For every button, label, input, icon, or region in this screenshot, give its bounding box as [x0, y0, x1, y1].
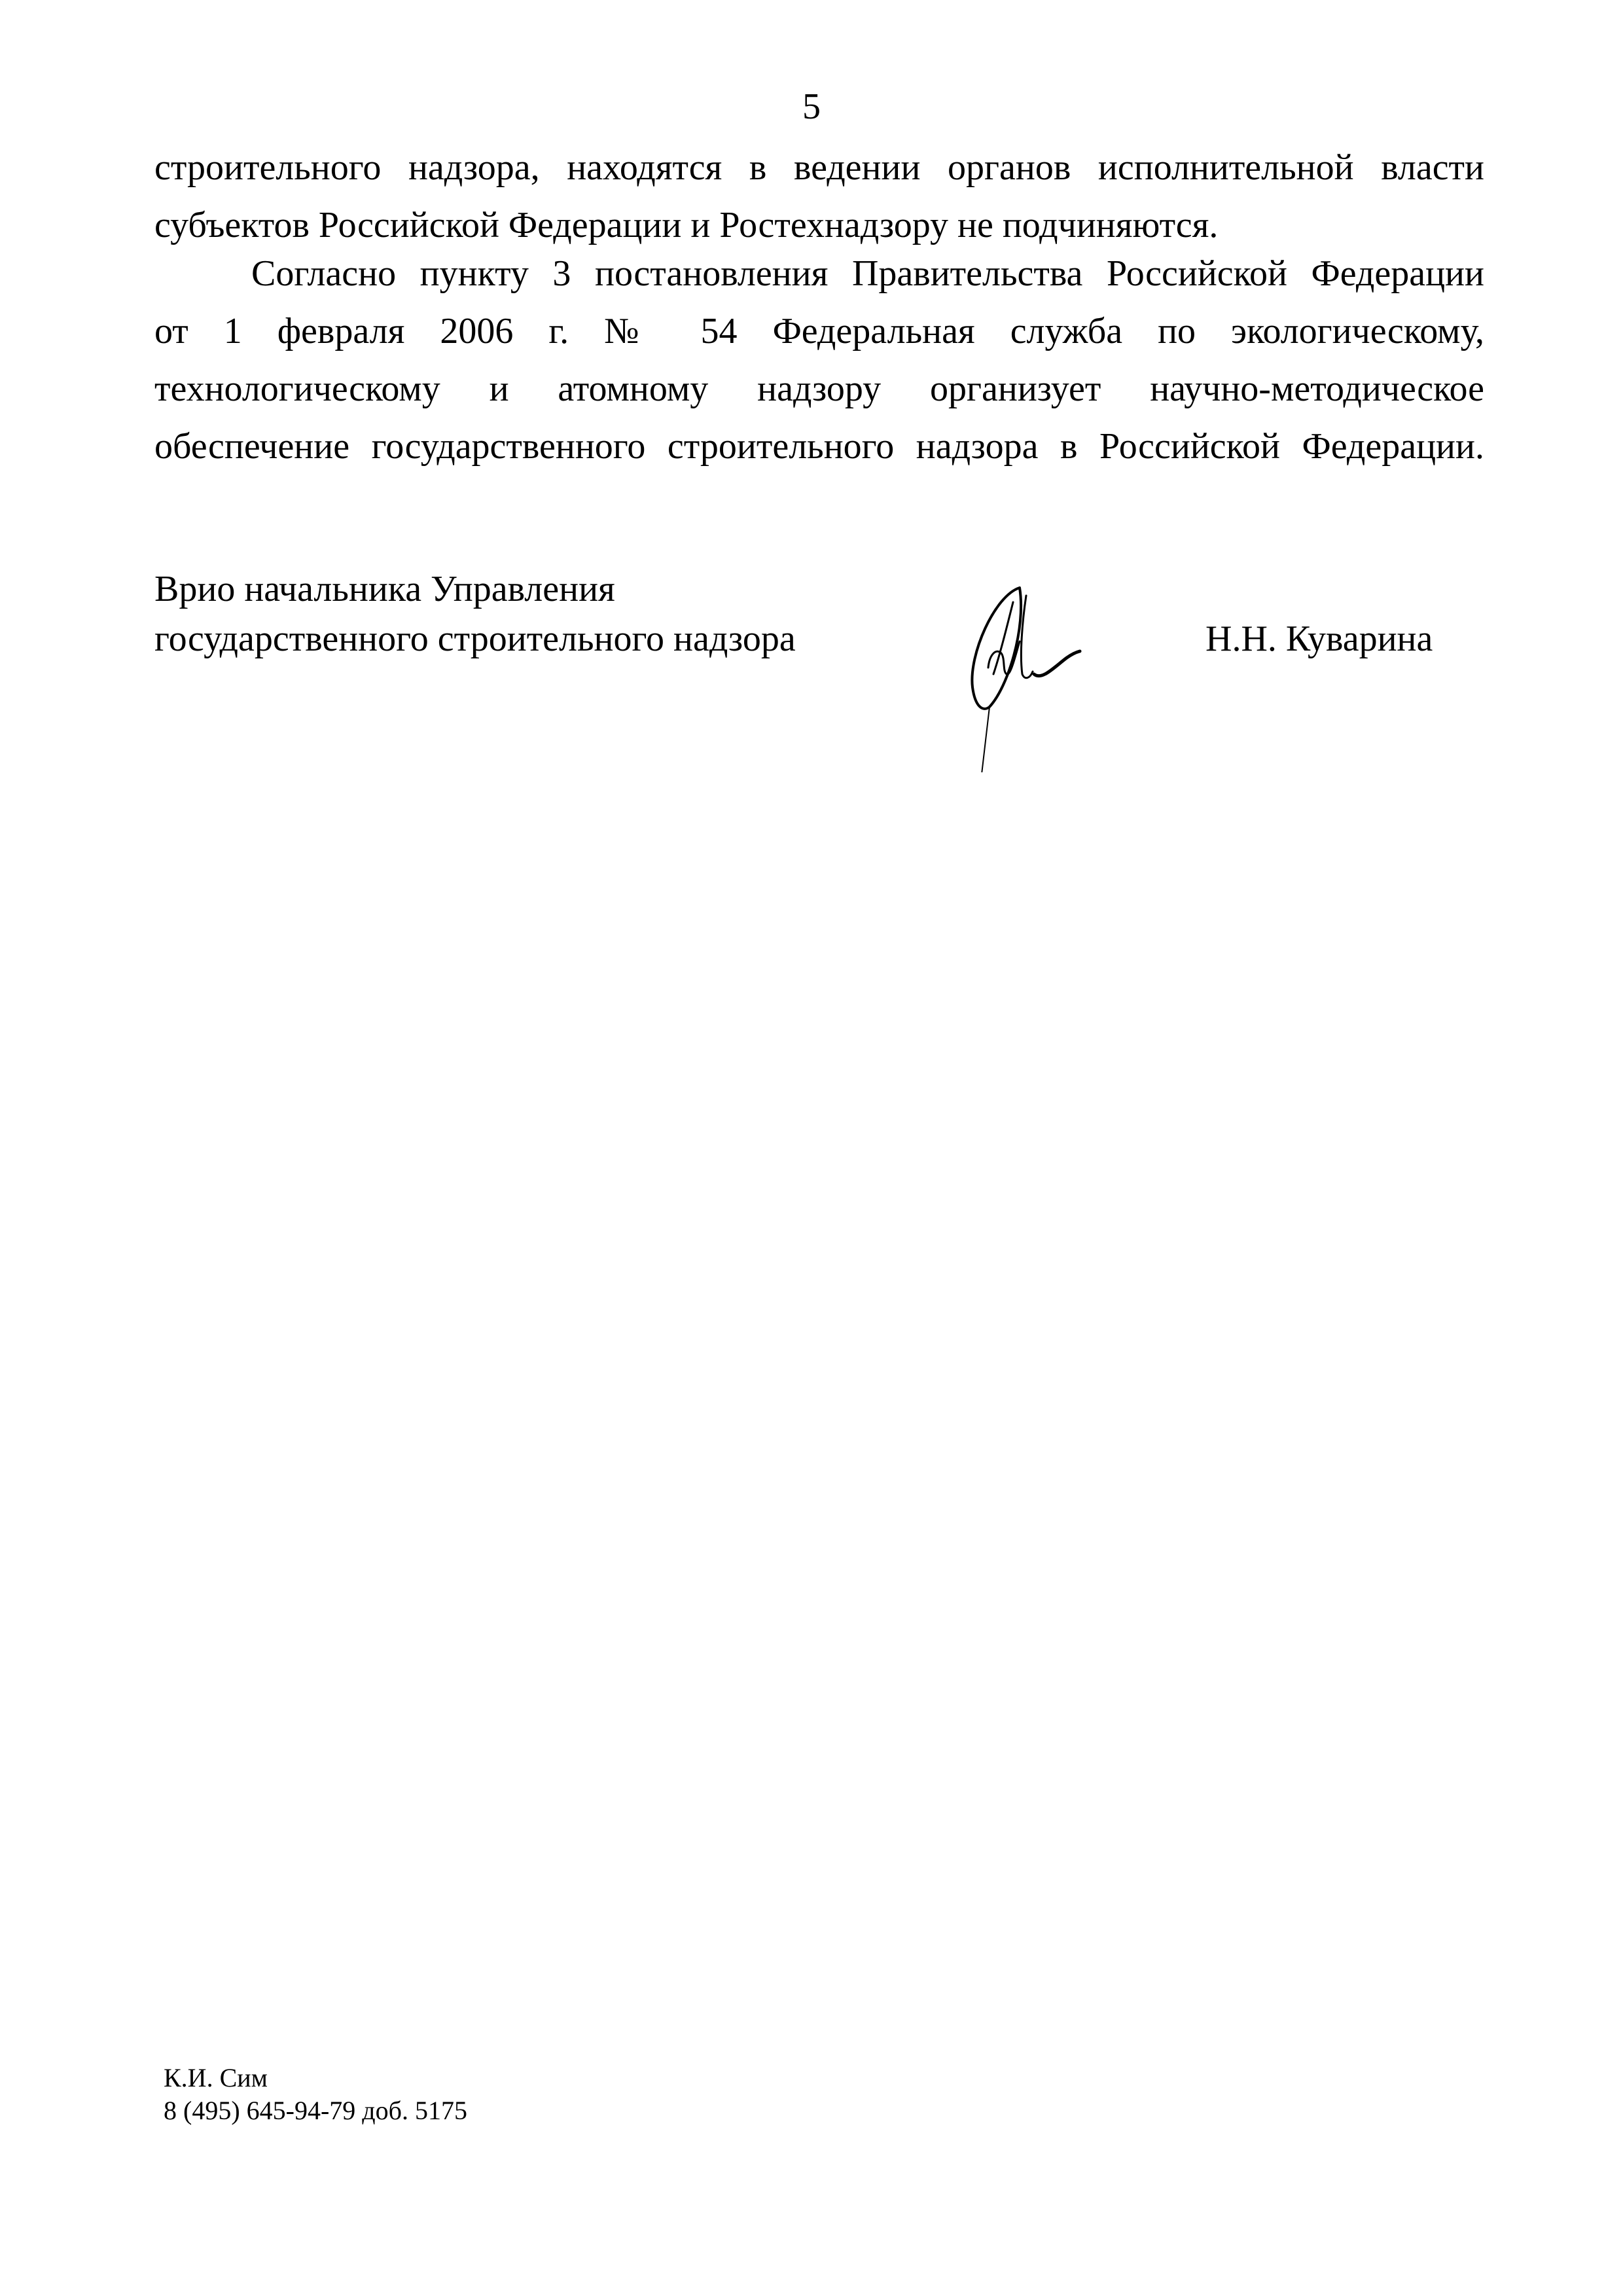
paragraph-line: от 1 февраля 2006 г. № 54 Федеральная сл… [154, 302, 1484, 360]
executor-name: К.И. Сим [164, 2062, 467, 2094]
paragraph-line: обеспечение государственного строительно… [154, 418, 1484, 475]
position-line-1: Врио начальника Управления [154, 564, 796, 614]
signer-name: Н.Н. Куварина [1205, 614, 1433, 664]
executor-phone: 8 (495) 645-94-79 доб. 5175 [164, 2094, 467, 2127]
page-number: 5 [0, 84, 1623, 130]
executor-contact: К.И. Сим 8 (495) 645-94-79 доб. 5175 [164, 2062, 467, 2127]
paragraph-line: технологическому и атомному надзору орга… [154, 360, 1484, 418]
signatory-position: Врио начальника Управления государственн… [154, 564, 796, 664]
paragraph-line: Согласно пункту 3 постановления Правител… [154, 245, 1484, 302]
paragraph-1: строительного надзора, находятся в веден… [154, 139, 1484, 254]
paragraph-2: Согласно пункту 3 постановления Правител… [154, 245, 1484, 475]
handwritten-signature-icon [942, 576, 1178, 772]
position-line-2: государственного строительного надзора [154, 614, 796, 664]
paragraph-line: строительного надзора, находятся в веден… [154, 139, 1484, 196]
